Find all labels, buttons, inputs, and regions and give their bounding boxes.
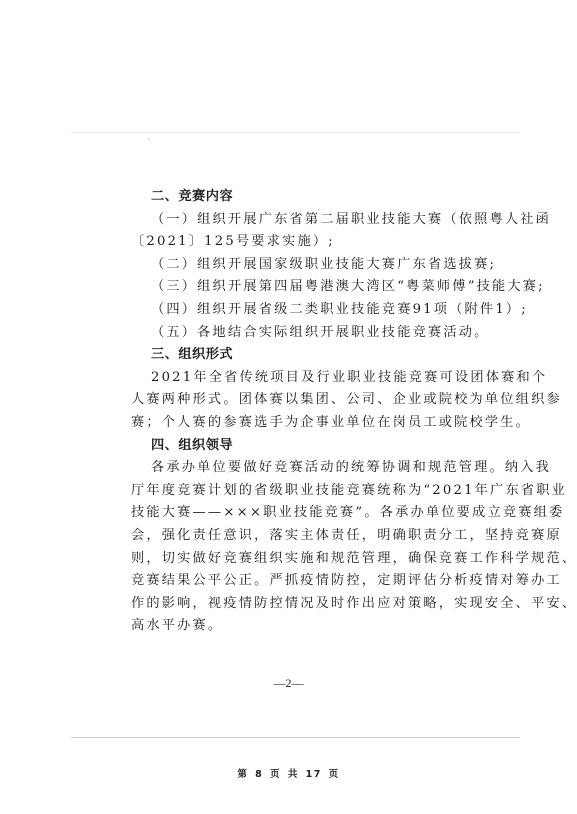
page-bottom-divider [71, 737, 520, 738]
paragraph-line: 2021年全省传统项目及行业职业技能竞赛可设团体赛和个 [131, 367, 461, 390]
paragraph-line: 高水平办赛。 [131, 615, 461, 638]
paragraph-line: （二）组织开展国家级职业技能大赛广东省选拔赛; [131, 254, 461, 277]
paragraph-line: 人赛两种形式。团体赛以集团、公司、企业或院校为单位组织参 [131, 389, 461, 412]
paragraph-line: 竞赛结果公平公正。严抓疫情防控，定期评估分析疫情对筹办工 [131, 570, 461, 593]
page-top-divider [71, 132, 520, 133]
section-heading: 四、组织领导 [131, 435, 461, 458]
section-heading: 三、组织形式 [131, 344, 461, 367]
paragraph-line: 作的影响，视疫情防控情况及时作出应对策略，实现安全、平安、 [131, 593, 461, 616]
document-page-number: —2— [0, 676, 577, 691]
paragraph-line: 会，强化责任意识，落实主体责任，明确职责分工，坚持竞赛原 [131, 525, 461, 548]
viewer-page-indicator: 第 8 页 共 17 页 [0, 766, 577, 780]
paragraph-line: 〔2021〕125号要求实施）; [131, 231, 461, 254]
paragraph-line: 厅年度竞赛计划的省级职业技能竞赛统称为“2021年广东省职业 [131, 480, 461, 503]
scan-artifact [148, 138, 150, 140]
paragraph-line: （三）组织开展第四届粤港澳大湾区“粤菜师傅”技能大赛; [131, 276, 461, 299]
paragraph-line: 则，切实做好竞赛组织实施和规范管理，确保竞赛工作科学规范、 [131, 548, 461, 571]
paragraph-line: （五）各地结合实际组织开展职业技能竞赛活动。 [131, 322, 461, 345]
paragraph-line: 赛；个人赛的参赛选手为企事业单位在岗员工或院校学生。 [131, 412, 461, 435]
paragraph-line: 各承办单位要做好竞赛活动的统筹协调和规范管理。纳入我 [131, 457, 461, 480]
section-heading: 二、竞赛内容 [131, 186, 461, 209]
paragraph-line: 技能大赛——×××职业技能竞赛”。各承办单位要成立竞赛组委 [131, 502, 461, 525]
paragraph-line: （四）组织开展省级二类职业技能竞赛91项（附件1）; [131, 299, 461, 322]
document-body: 二、竞赛内容 （一）组织开展广东省第二届职业技能大赛（依照粤人社函 〔2021〕… [131, 186, 461, 638]
paragraph-line: （一）组织开展广东省第二届职业技能大赛（依照粤人社函 [131, 209, 461, 232]
